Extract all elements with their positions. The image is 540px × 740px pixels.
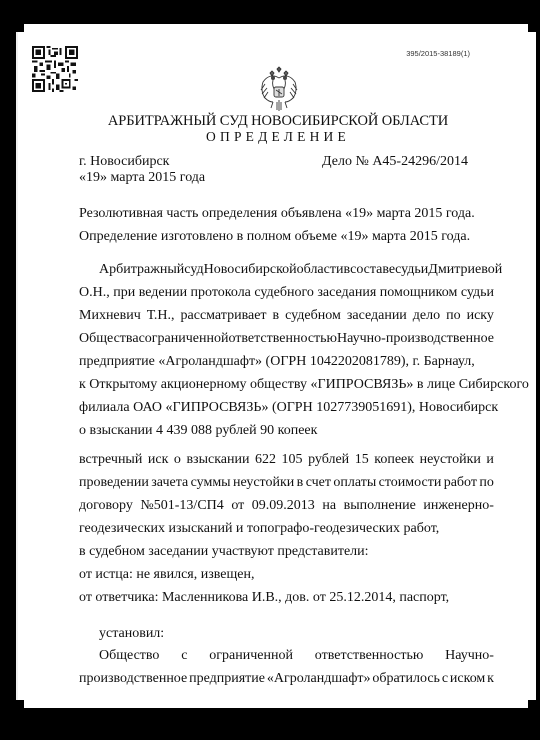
para1-line: О.Н.,приведениипротоколасудебногозаседан… — [79, 285, 494, 301]
para1-line: филиала ОАО «ГИПРОСВЯЗЬ» (ОГРН 102773905… — [79, 400, 498, 416]
para2-line: от истца: не явился, извещен, — [79, 567, 255, 583]
document-date: «19» марта 2015 года — [79, 170, 205, 186]
para2-line: геодезических изысканий и топографо-геод… — [79, 521, 439, 537]
para1-line: предприятие «Агроландшафт» (ОГРН 1042202… — [79, 354, 475, 370]
made-line: Определение изготовлено в полном объеме … — [79, 229, 470, 245]
para1-line: ОбществасограниченнойответственностьюНау… — [79, 331, 494, 347]
case-number: Дело № А45-24296/2014 — [322, 154, 468, 170]
qr-code-icon — [32, 46, 78, 92]
para2-line: встречныйисковзыскании622105рублей15копе… — [79, 452, 494, 468]
para1-line: к Открытому акционерному обществу «ГИПРО… — [79, 377, 529, 393]
para2-line: от ответчика: Масленникова И.В., дов. от… — [79, 590, 449, 606]
court-name: АРБИТРАЖНЫЙ СУД НОВОСИБИРСКОЙ ОБЛАСТИ — [18, 113, 538, 130]
city: г. Новосибирск — [79, 154, 169, 170]
para2-line: договору№501-13/СП4от09.09.2013навыполне… — [79, 498, 494, 514]
para1-line: о взыскании 4 439 088 рублей 90 копеек — [79, 423, 317, 439]
para1-line: МихневичТ.Н.,рассматриваетвсудебномзасед… — [79, 308, 494, 324]
document-title: ОПРЕДЕЛЕНИЕ — [18, 129, 538, 145]
para1-line: АрбитражныйсудНовосибирскойобластивсоста… — [99, 262, 494, 278]
established-heading: установил: — [99, 626, 164, 642]
document-page: 395/2015-38189(1) АРБИТРАЖНЫЙ СУД НОВОСИ… — [16, 32, 536, 700]
para2-line: проведениизачетасуммынеустойкивсчетоплат… — [79, 475, 494, 491]
para3-line: ОбществосограниченнойответственностьюНау… — [99, 648, 494, 664]
announce-line: Резолютивная часть определения объявлена… — [79, 206, 475, 222]
para2-line: в судебном заседании участвуют представи… — [79, 544, 369, 560]
para3-line: производственноепредприятие«Агроландшафт… — [79, 671, 494, 687]
russian-coat-of-arms-icon — [259, 66, 299, 112]
document-number: 395/2015-38189(1) — [406, 49, 470, 58]
